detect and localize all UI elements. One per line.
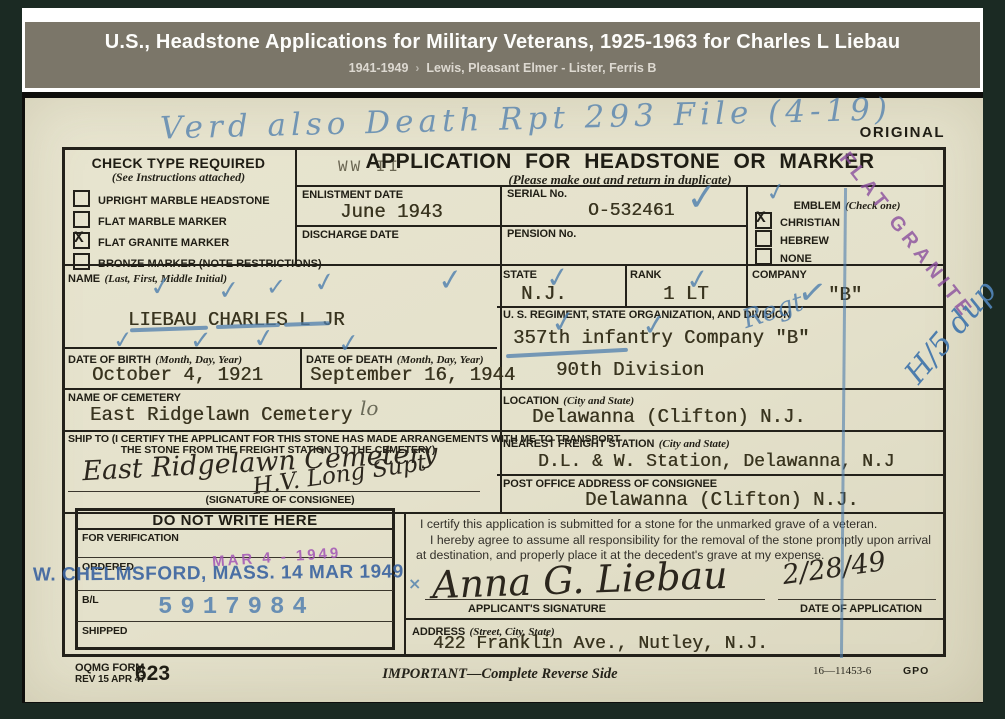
- divider-line: [746, 185, 748, 306]
- blue-checkmark: ✓: [549, 306, 578, 339]
- important-note: IMPORTANT—Complete Reverse Side: [300, 666, 700, 683]
- divider-line: [625, 264, 627, 306]
- enlistment-date-value: June 1943: [340, 201, 443, 223]
- checkbox-none: NONE: [755, 248, 812, 267]
- divider-line: [497, 474, 945, 476]
- pension-number-label: PENSION No.: [507, 228, 576, 240]
- blue-checkmark: ✓: [251, 325, 276, 354]
- name-label-text: NAME: [68, 273, 100, 285]
- checkbox-flat-marble-marker: FLAT MARBLE MARKER: [73, 211, 227, 230]
- divider-line: [404, 618, 945, 620]
- bl-label: B/L: [82, 594, 99, 606]
- blue-checkmark: ✓: [266, 275, 286, 299]
- blue-checkmark: ✓: [684, 265, 711, 296]
- blue-checkmark: ✓: [337, 330, 361, 358]
- divider-line: [500, 185, 502, 512]
- for-verification-label: FOR VERIFICATION: [82, 532, 179, 544]
- breadcrumb-volume: Lewis, Pleasant Elmer - Lister, Ferris B: [426, 61, 656, 75]
- serial-number-value: O-532461: [588, 201, 674, 221]
- blue-checkmark: ✓: [148, 273, 173, 302]
- divider-line: [62, 388, 945, 390]
- checkbox-label: HEBREW: [780, 235, 829, 247]
- do-not-write-title: DO NOT WRITE HERE: [75, 512, 395, 529]
- page-title: U.S., Headstone Applications for Militar…: [25, 31, 980, 54]
- cemetery-label: NAME OF CEMETERY: [68, 392, 181, 404]
- blue-checkmark: ✓: [544, 263, 571, 294]
- checkbox-icon: [755, 248, 772, 265]
- blue-checkmark: ✓: [641, 310, 669, 342]
- checkbox-label: FLAT MARBLE MARKER: [98, 216, 227, 228]
- company-label: COMPANY: [752, 269, 807, 281]
- breadcrumb: 1941-1949›Lewis, Pleasant Elmer - Lister…: [25, 61, 980, 75]
- certification-line1: I certify this application is submitted …: [420, 517, 877, 532]
- record-viewer: U.S., Headstone Applications for Militar…: [0, 0, 1005, 719]
- freight-station-label: NEAREST FREIGHT STATION (City and State): [503, 434, 730, 452]
- freight-label-text: NEAREST FREIGHT STATION: [503, 438, 654, 450]
- rank-label: RANK: [630, 269, 661, 281]
- divider-line: [75, 528, 395, 530]
- checkbox-label: CHRISTIAN: [780, 217, 840, 229]
- date-line: [778, 599, 936, 600]
- blue-checkmark: ✓: [685, 177, 719, 217]
- cemetery-value: East Ridgelawn Cemetery: [90, 404, 352, 426]
- handwritten-cemetery-note: lo: [360, 396, 378, 420]
- signature-x-mark: ×: [408, 576, 421, 592]
- checkbox-label: FLAT GRANITE MARKER: [98, 237, 229, 249]
- checkbox-icon: X: [755, 212, 772, 229]
- signature-line: [425, 599, 765, 600]
- checkbox-icon: [73, 190, 90, 207]
- state-label: STATE: [503, 269, 537, 281]
- consignee-signature-label: (SIGNATURE OF CONSIGNEE): [160, 494, 400, 506]
- divider-line: [404, 512, 406, 657]
- serial-number-label: SERIAL No.: [507, 188, 567, 200]
- post-office-value: Delawanna (Clifton) N.J.: [585, 489, 859, 511]
- breadcrumb-range: 1941-1949: [349, 61, 409, 75]
- checkbox-christian: XCHRISTIAN: [755, 212, 840, 231]
- checkbox-label: UPRIGHT MARBLE HEADSTONE: [98, 195, 270, 207]
- form-number: 623: [135, 662, 170, 686]
- checkbox-upright-marble-headstone: UPRIGHT MARBLE HEADSTONE: [73, 190, 270, 209]
- emblem-label-text: EMBLEM: [794, 200, 841, 212]
- divider-line: [62, 430, 945, 432]
- record-header: U.S., Headstone Applications for Militar…: [25, 22, 980, 88]
- name-label: NAME (Last, First, Middle Initial): [68, 269, 227, 287]
- regiment-value-line2: 90th Division: [556, 359, 704, 381]
- date-of-death-value: September 16, 1944: [310, 364, 515, 386]
- checkbox-icon: [755, 230, 772, 247]
- check-type-subtitle: (See Instructions attached): [62, 170, 295, 185]
- chevron-right-icon: ›: [408, 61, 426, 75]
- chelmsford-stamp: W. CHELMSFORD, MASS. 14 MAR 1949: [33, 561, 404, 586]
- print-code: 16—11453-6: [813, 665, 871, 677]
- divider-line: [295, 225, 746, 227]
- checkbox-label: NONE: [780, 253, 812, 265]
- location-value: Delawanna (Clifton) N.J.: [532, 406, 806, 428]
- checkbox-hebrew: HEBREW: [755, 230, 829, 249]
- application-date-label: DATE OF APPLICATION: [800, 603, 922, 615]
- enlistment-date-label: ENLISTMENT DATE: [302, 189, 403, 201]
- form-name: OQMG FORM: [75, 662, 144, 674]
- divider-line: [77, 590, 393, 591]
- date-of-birth-value: October 4, 1921: [92, 364, 263, 386]
- blue-checkmark: ✓: [796, 274, 829, 312]
- freight-label-italic: (City and State): [659, 438, 730, 450]
- divider-line: [300, 347, 302, 388]
- original-stamp: ORIGINAL: [830, 124, 945, 141]
- applicant-signature-label: APPLICANT'S SIGNATURE: [468, 603, 606, 615]
- checkbox-icon: [73, 253, 90, 270]
- checkbox-icon: X: [73, 232, 90, 249]
- checkbox-icon: [73, 211, 90, 228]
- checkbox-flat-granite-marker: XFLAT GRANITE MARKER: [73, 232, 229, 251]
- blue-checkmark: ✓: [312, 268, 338, 297]
- blue-checkmark: ✓: [190, 328, 212, 354]
- checkbox-mark: X: [74, 229, 84, 247]
- blue-checkmark: ✓: [437, 265, 465, 297]
- shipped-label: SHIPPED: [82, 625, 127, 637]
- gpo-mark: GPO: [903, 665, 929, 677]
- blue-checkmark: ✓: [217, 277, 241, 305]
- divider-line: [77, 621, 393, 622]
- address-value: 422 Franklin Ave., Nutley, N.J.: [433, 634, 768, 654]
- signature-line: [68, 491, 480, 492]
- discharge-date-label: DISCHARGE DATE: [302, 229, 399, 241]
- check-type-title: CHECK TYPE REQUIRED: [62, 155, 295, 171]
- bl-number-stamp: 5917984: [158, 594, 315, 621]
- checkbox-mark: X: [756, 209, 766, 227]
